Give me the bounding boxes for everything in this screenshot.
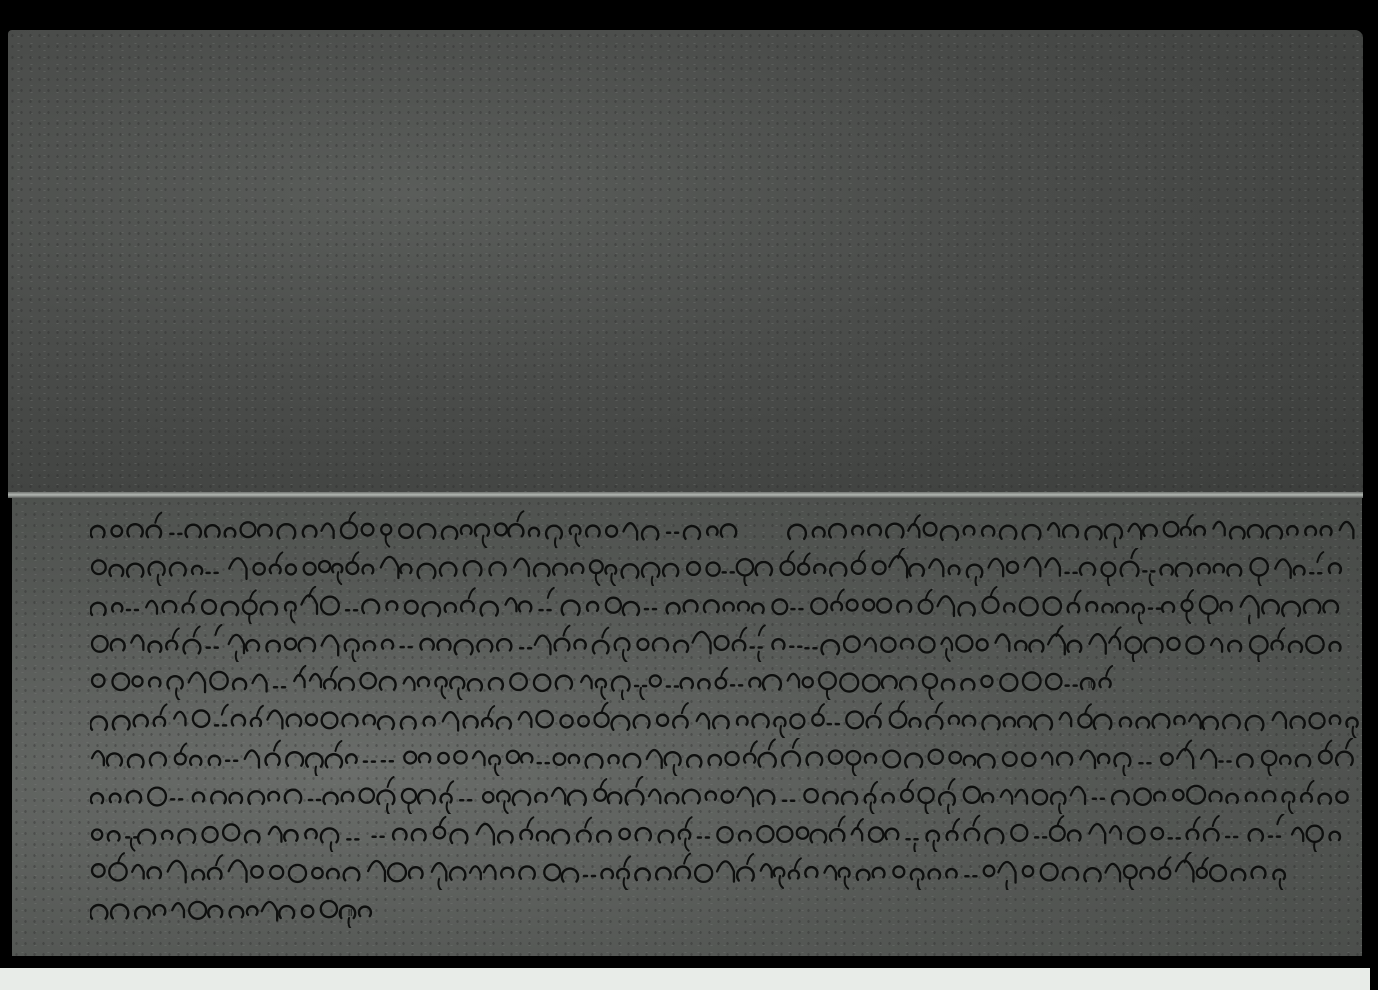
manuscript-line — [90, 510, 1360, 548]
upper-blank-panel — [8, 30, 1363, 495]
closing-marks: ၊ ။ — [0, 0, 1, 1]
manuscript-line — [90, 586, 1360, 624]
manuscript-line — [90, 738, 1360, 776]
handwritten-text-block: ၊ ။၊ ။ — [90, 510, 1360, 928]
bottom-light-strip — [0, 968, 1370, 990]
manuscript-line: ၊ ။ — [90, 662, 1360, 700]
manuscript-line — [90, 624, 1360, 662]
svg-text:၊ ။: ၊ ။ — [340, 901, 352, 920]
manuscript-line — [90, 700, 1360, 738]
svg-text:၊ ။: ၊ ။ — [1080, 673, 1092, 692]
manuscript-line — [90, 814, 1360, 852]
manuscript-line — [90, 852, 1360, 890]
manuscript-line: ၊ ။ — [90, 890, 1360, 928]
manuscript-line — [90, 548, 1360, 586]
manuscript-line — [90, 776, 1360, 814]
